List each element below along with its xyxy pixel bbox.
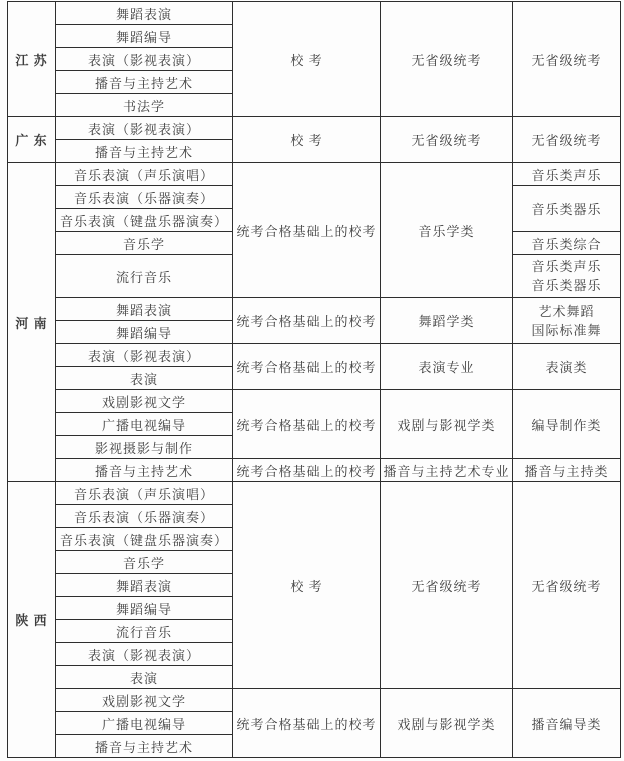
direction-cell: 编导制作类 <box>513 390 621 459</box>
major-cell: 表演 <box>56 367 233 390</box>
category-cell: 表演专业 <box>381 344 513 390</box>
major-cell: 播音与主持艺术 <box>56 459 233 482</box>
province-exam-table: 江 苏 舞蹈表演 校 考 无省级统考 无省级统考 舞蹈编导 表演（影视表演） 播… <box>7 1 621 758</box>
major-cell: 音乐学 <box>56 232 233 255</box>
direction-cell: 艺术舞蹈 国际标准舞 <box>513 298 621 344</box>
major-cell: 戏剧影视文学 <box>56 390 233 413</box>
major-cell: 播音与主持艺术 <box>56 71 233 94</box>
table-row: 表演（影视表演） 统考合格基础上的校考 表演专业 表演类 <box>8 344 621 367</box>
major-cell: 音乐表演（键盘乐器演奏） <box>56 209 233 232</box>
category-cell: 戏剧与影视学类 <box>381 689 513 758</box>
province-label-jiangsu: 江 苏 <box>8 2 56 117</box>
direction-line: 音乐类器乐 <box>515 276 618 295</box>
direction-cell: 表演类 <box>513 344 621 390</box>
major-cell: 舞蹈编导 <box>56 25 233 48</box>
major-cell: 音乐学 <box>56 551 233 574</box>
table-row: 广 东 表演（影视表演） 校 考 无省级统考 无省级统考 <box>8 117 621 140</box>
exam-type-cell: 统考合格基础上的校考 <box>233 298 381 344</box>
direction-line: 艺术舞蹈 <box>515 302 618 321</box>
major-cell: 舞蹈编导 <box>56 597 233 620</box>
major-cell: 音乐表演（键盘乐器演奏） <box>56 528 233 551</box>
province-label-shaanxi: 陕 西 <box>8 482 56 758</box>
province-label-guangdong: 广 东 <box>8 117 56 163</box>
major-cell: 舞蹈表演 <box>56 2 233 25</box>
category-cell: 舞蹈学类 <box>381 298 513 344</box>
major-cell: 广播电视编导 <box>56 413 233 436</box>
table-row: 江 苏 舞蹈表演 校 考 无省级统考 无省级统考 <box>8 2 621 25</box>
exam-type-cell: 校 考 <box>233 2 381 117</box>
exam-type-cell: 统考合格基础上的校考 <box>233 344 381 390</box>
exam-type-cell: 统考合格基础上的校考 <box>233 459 381 482</box>
category-cell: 播音与主持艺术专业 <box>381 459 513 482</box>
direction-cell: 无省级统考 <box>513 482 621 689</box>
table-row: 戏剧影视文学 统考合格基础上的校考 戏剧与影视学类 编导制作类 <box>8 390 621 413</box>
exam-type-cell: 统考合格基础上的校考 <box>233 689 381 758</box>
major-cell: 表演（影视表演） <box>56 643 233 666</box>
table-row: 戏剧影视文学 统考合格基础上的校考 戏剧与影视学类 播音编导类 <box>8 689 621 712</box>
table-row: 陕 西 音乐表演（声乐演唱） 校 考 无省级统考 无省级统考 <box>8 482 621 505</box>
table-row: 河 南 音乐表演（声乐演唱） 统考合格基础上的校考 音乐学类 音乐类声乐 <box>8 163 621 186</box>
major-cell: 表演 <box>56 666 233 689</box>
major-cell: 表演（影视表演） <box>56 117 233 140</box>
direction-cell: 音乐类器乐 <box>513 186 621 232</box>
exam-type-cell: 校 考 <box>233 482 381 689</box>
major-cell: 音乐表演（乐器演奏） <box>56 505 233 528</box>
major-cell: 戏剧影视文学 <box>56 689 233 712</box>
exam-type-cell: 统考合格基础上的校考 <box>233 163 381 298</box>
major-cell: 书法学 <box>56 94 233 117</box>
table-row: 播音与主持艺术 统考合格基础上的校考 播音与主持艺术专业 播音与主持类 <box>8 459 621 482</box>
major-cell: 影视摄影与制作 <box>56 436 233 459</box>
direction-cell: 无省级统考 <box>513 2 621 117</box>
category-cell: 无省级统考 <box>381 117 513 163</box>
direction-line: 国际标准舞 <box>515 321 618 340</box>
major-cell: 音乐表演（声乐演唱） <box>56 163 233 186</box>
major-cell: 音乐表演（声乐演唱） <box>56 482 233 505</box>
category-cell: 无省级统考 <box>381 2 513 117</box>
major-cell: 流行音乐 <box>56 255 233 298</box>
category-cell: 音乐学类 <box>381 163 513 298</box>
direction-cell: 播音与主持类 <box>513 459 621 482</box>
direction-cell: 无省级统考 <box>513 117 621 163</box>
major-cell: 播音与主持艺术 <box>56 735 233 758</box>
major-cell: 舞蹈表演 <box>56 298 233 321</box>
direction-cell: 播音编导类 <box>513 689 621 758</box>
direction-cell: 音乐类声乐 <box>513 163 621 186</box>
major-cell: 表演（影视表演） <box>56 48 233 71</box>
direction-line: 音乐类声乐 <box>515 257 618 276</box>
province-label-henan: 河 南 <box>8 163 56 482</box>
exam-type-cell: 统考合格基础上的校考 <box>233 390 381 459</box>
major-cell: 广播电视编导 <box>56 712 233 735</box>
major-cell: 舞蹈表演 <box>56 574 233 597</box>
major-cell: 音乐表演（乐器演奏） <box>56 186 233 209</box>
category-cell: 戏剧与影视学类 <box>381 390 513 459</box>
major-cell: 表演（影视表演） <box>56 344 233 367</box>
table-row: 舞蹈表演 统考合格基础上的校考 舞蹈学类 艺术舞蹈 国际标准舞 <box>8 298 621 321</box>
major-cell: 舞蹈编导 <box>56 321 233 344</box>
major-cell: 播音与主持艺术 <box>56 140 233 163</box>
direction-cell: 音乐类综合 <box>513 232 621 255</box>
exam-type-cell: 校 考 <box>233 117 381 163</box>
document-page: 江 苏 舞蹈表演 校 考 无省级统考 无省级统考 舞蹈编导 表演（影视表演） 播… <box>0 0 624 761</box>
major-cell: 流行音乐 <box>56 620 233 643</box>
category-cell: 无省级统考 <box>381 482 513 689</box>
direction-cell: 音乐类声乐 音乐类器乐 <box>513 255 621 298</box>
